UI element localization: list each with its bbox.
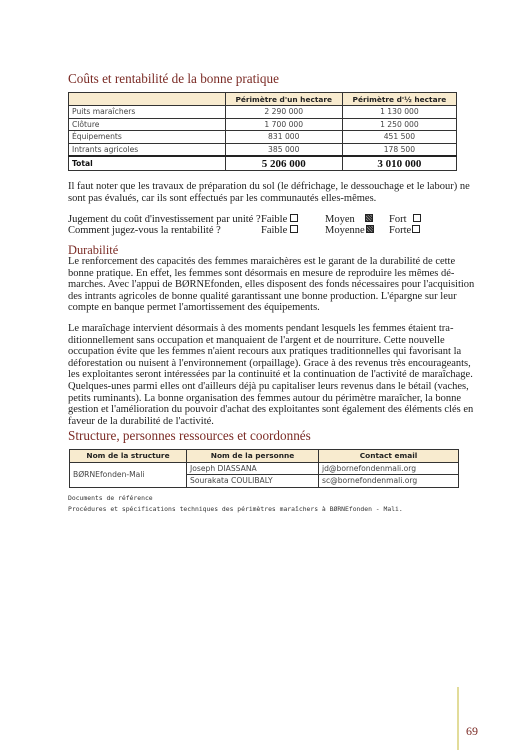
person-name: Sourakata COULIBALY [187, 475, 319, 488]
table-row: Puits maraîchers 2 290 000 1 130 000 [69, 106, 457, 119]
header-person: Nom de la personne [187, 450, 319, 463]
table-row: Clôture 1 700 000 1 250 000 [69, 118, 457, 131]
cost-header-half-hectare: Périmètre d'½ hectare [342, 93, 456, 106]
paragraph-line: Le renforcement des capacités des femmes… [68, 256, 460, 268]
value-hectare: 831 000 [225, 131, 342, 144]
table-row: Équipements 831 000 451 500 [69, 131, 457, 144]
value-half-hectare: 1 130 000 [342, 106, 456, 119]
durability-paragraph-1: Le renforcement des capacités des femmes… [68, 256, 460, 314]
costs-heading: Coûts et rentabilité de la bonne pratiqu… [68, 71, 279, 87]
row-label: Clôture [69, 118, 226, 131]
checkbox-empty-icon[interactable] [290, 214, 298, 222]
paragraph-line: des intrants agricoles de bonne qualité … [68, 291, 460, 303]
header-email: Contact email [319, 450, 459, 463]
option-label: Fort [389, 214, 407, 225]
person-email[interactable]: sc@bornefondenmali.org [319, 475, 459, 488]
references-text: Procédures et spécifications techniques … [68, 505, 403, 513]
references-title: Documents de référence [68, 494, 153, 502]
costs-note: Il faut noter que les travaux de prépara… [68, 181, 460, 204]
row-label: Intrants agricoles [69, 143, 226, 156]
option-moyenne[interactable]: Moyenne [325, 225, 374, 236]
cost-header-empty [69, 93, 226, 106]
total-row: Total 5 206 000 3 010 000 [69, 156, 457, 171]
total-hectare: 5 206 000 [225, 156, 342, 171]
paragraph-line: compte en banque permet l'amortissement … [68, 302, 460, 314]
paragraph-line: petits ruminants). La bonne organisation… [68, 393, 460, 405]
row-label: Équipements [69, 131, 226, 144]
judgement-profit-question: Comment jugez-vous la rentabilité ? [68, 225, 221, 236]
cost-table-header: Périmètre d'un hectare Périmètre d'½ hec… [69, 93, 457, 106]
person-name: Joseph DIASSANA [187, 462, 319, 475]
checkbox-empty-icon[interactable] [413, 214, 421, 222]
option-faible[interactable]: Faible [261, 214, 298, 225]
total-label: Total [69, 156, 226, 171]
table-row: Intrants agricoles 385 000 178 500 [69, 143, 457, 156]
page-number: 69 [466, 724, 478, 739]
value-half-hectare: 1 250 000 [342, 118, 456, 131]
row-label: Puits maraîchers [69, 106, 226, 119]
contacts-table: Nom de la structure Nom de la personne C… [69, 449, 459, 488]
value-half-hectare: 451 500 [342, 131, 456, 144]
value-hectare: 385 000 [225, 143, 342, 156]
option-label: Faible [261, 225, 287, 236]
option-forte[interactable]: Forte [389, 225, 420, 236]
option-label: Moyen [325, 214, 355, 225]
paragraph-line: faveur de la durabilité de l'activité. [68, 416, 460, 428]
table-row: BØRNEfonden-Mali Joseph DIASSANA jd@born… [70, 462, 459, 475]
option-faible[interactable]: Faible [261, 225, 298, 236]
checkbox-empty-icon[interactable] [290, 225, 298, 233]
total-half-hectare: 3 010 000 [342, 156, 456, 171]
value-hectare: 2 290 000 [225, 106, 342, 119]
paragraph-line: Quelques-unes parmi elles ont d'ailleurs… [68, 381, 460, 393]
cost-header-hectare: Périmètre d'un hectare [225, 93, 342, 106]
cost-table: Périmètre d'un hectare Périmètre d'½ hec… [68, 92, 457, 171]
paragraph-line: bonne pratique. En effet, les femmes son… [68, 268, 460, 280]
paragraph-line: gestion et l'amélioration du pouvoir d'a… [68, 404, 460, 416]
judgement-cost-question: Jugement du coût d'investissement par un… [68, 214, 261, 225]
paragraph-line: marches. Avec l'appui de BØRNEfonden, el… [68, 279, 460, 291]
paragraph-line: occupation évite que les femmes n'aient … [68, 346, 460, 358]
option-fort[interactable]: Fort [389, 214, 421, 225]
person-email[interactable]: jd@bornefondenmali.org [319, 462, 459, 475]
note-line: Il faut noter que les travaux de prépara… [68, 181, 460, 193]
structure-name: BØRNEfonden-Mali [70, 462, 187, 487]
option-moyen[interactable]: Moyen [325, 214, 373, 225]
value-hectare: 1 700 000 [225, 118, 342, 131]
checkbox-checked-icon[interactable] [365, 214, 373, 222]
option-label: Faible [261, 214, 287, 225]
checkbox-empty-icon[interactable] [412, 225, 420, 233]
paragraph-line: les exploitantes seront intéressées par … [68, 369, 460, 381]
option-label: Forte [389, 225, 411, 236]
paragraph-line: déforestation ou nuisent à l'environneme… [68, 358, 460, 370]
header-structure: Nom de la structure [70, 450, 187, 463]
contacts-heading: Structure, personnes ressources et coord… [68, 428, 311, 444]
option-label: Moyenne [325, 225, 365, 236]
contacts-table-header: Nom de la structure Nom de la personne C… [70, 450, 459, 463]
value-half-hectare: 178 500 [342, 143, 456, 156]
paragraph-line: Le maraîchage intervient désormais à des… [68, 323, 460, 335]
checkbox-checked-icon[interactable] [366, 225, 374, 233]
note-line: sont pas évalués, car ils sont effectués… [68, 193, 460, 205]
page-divider [457, 687, 459, 750]
paragraph-line: ditionnellement sans occupation et manqu… [68, 335, 460, 347]
durability-paragraph-2: Le maraîchage intervient désormais à des… [68, 323, 460, 427]
